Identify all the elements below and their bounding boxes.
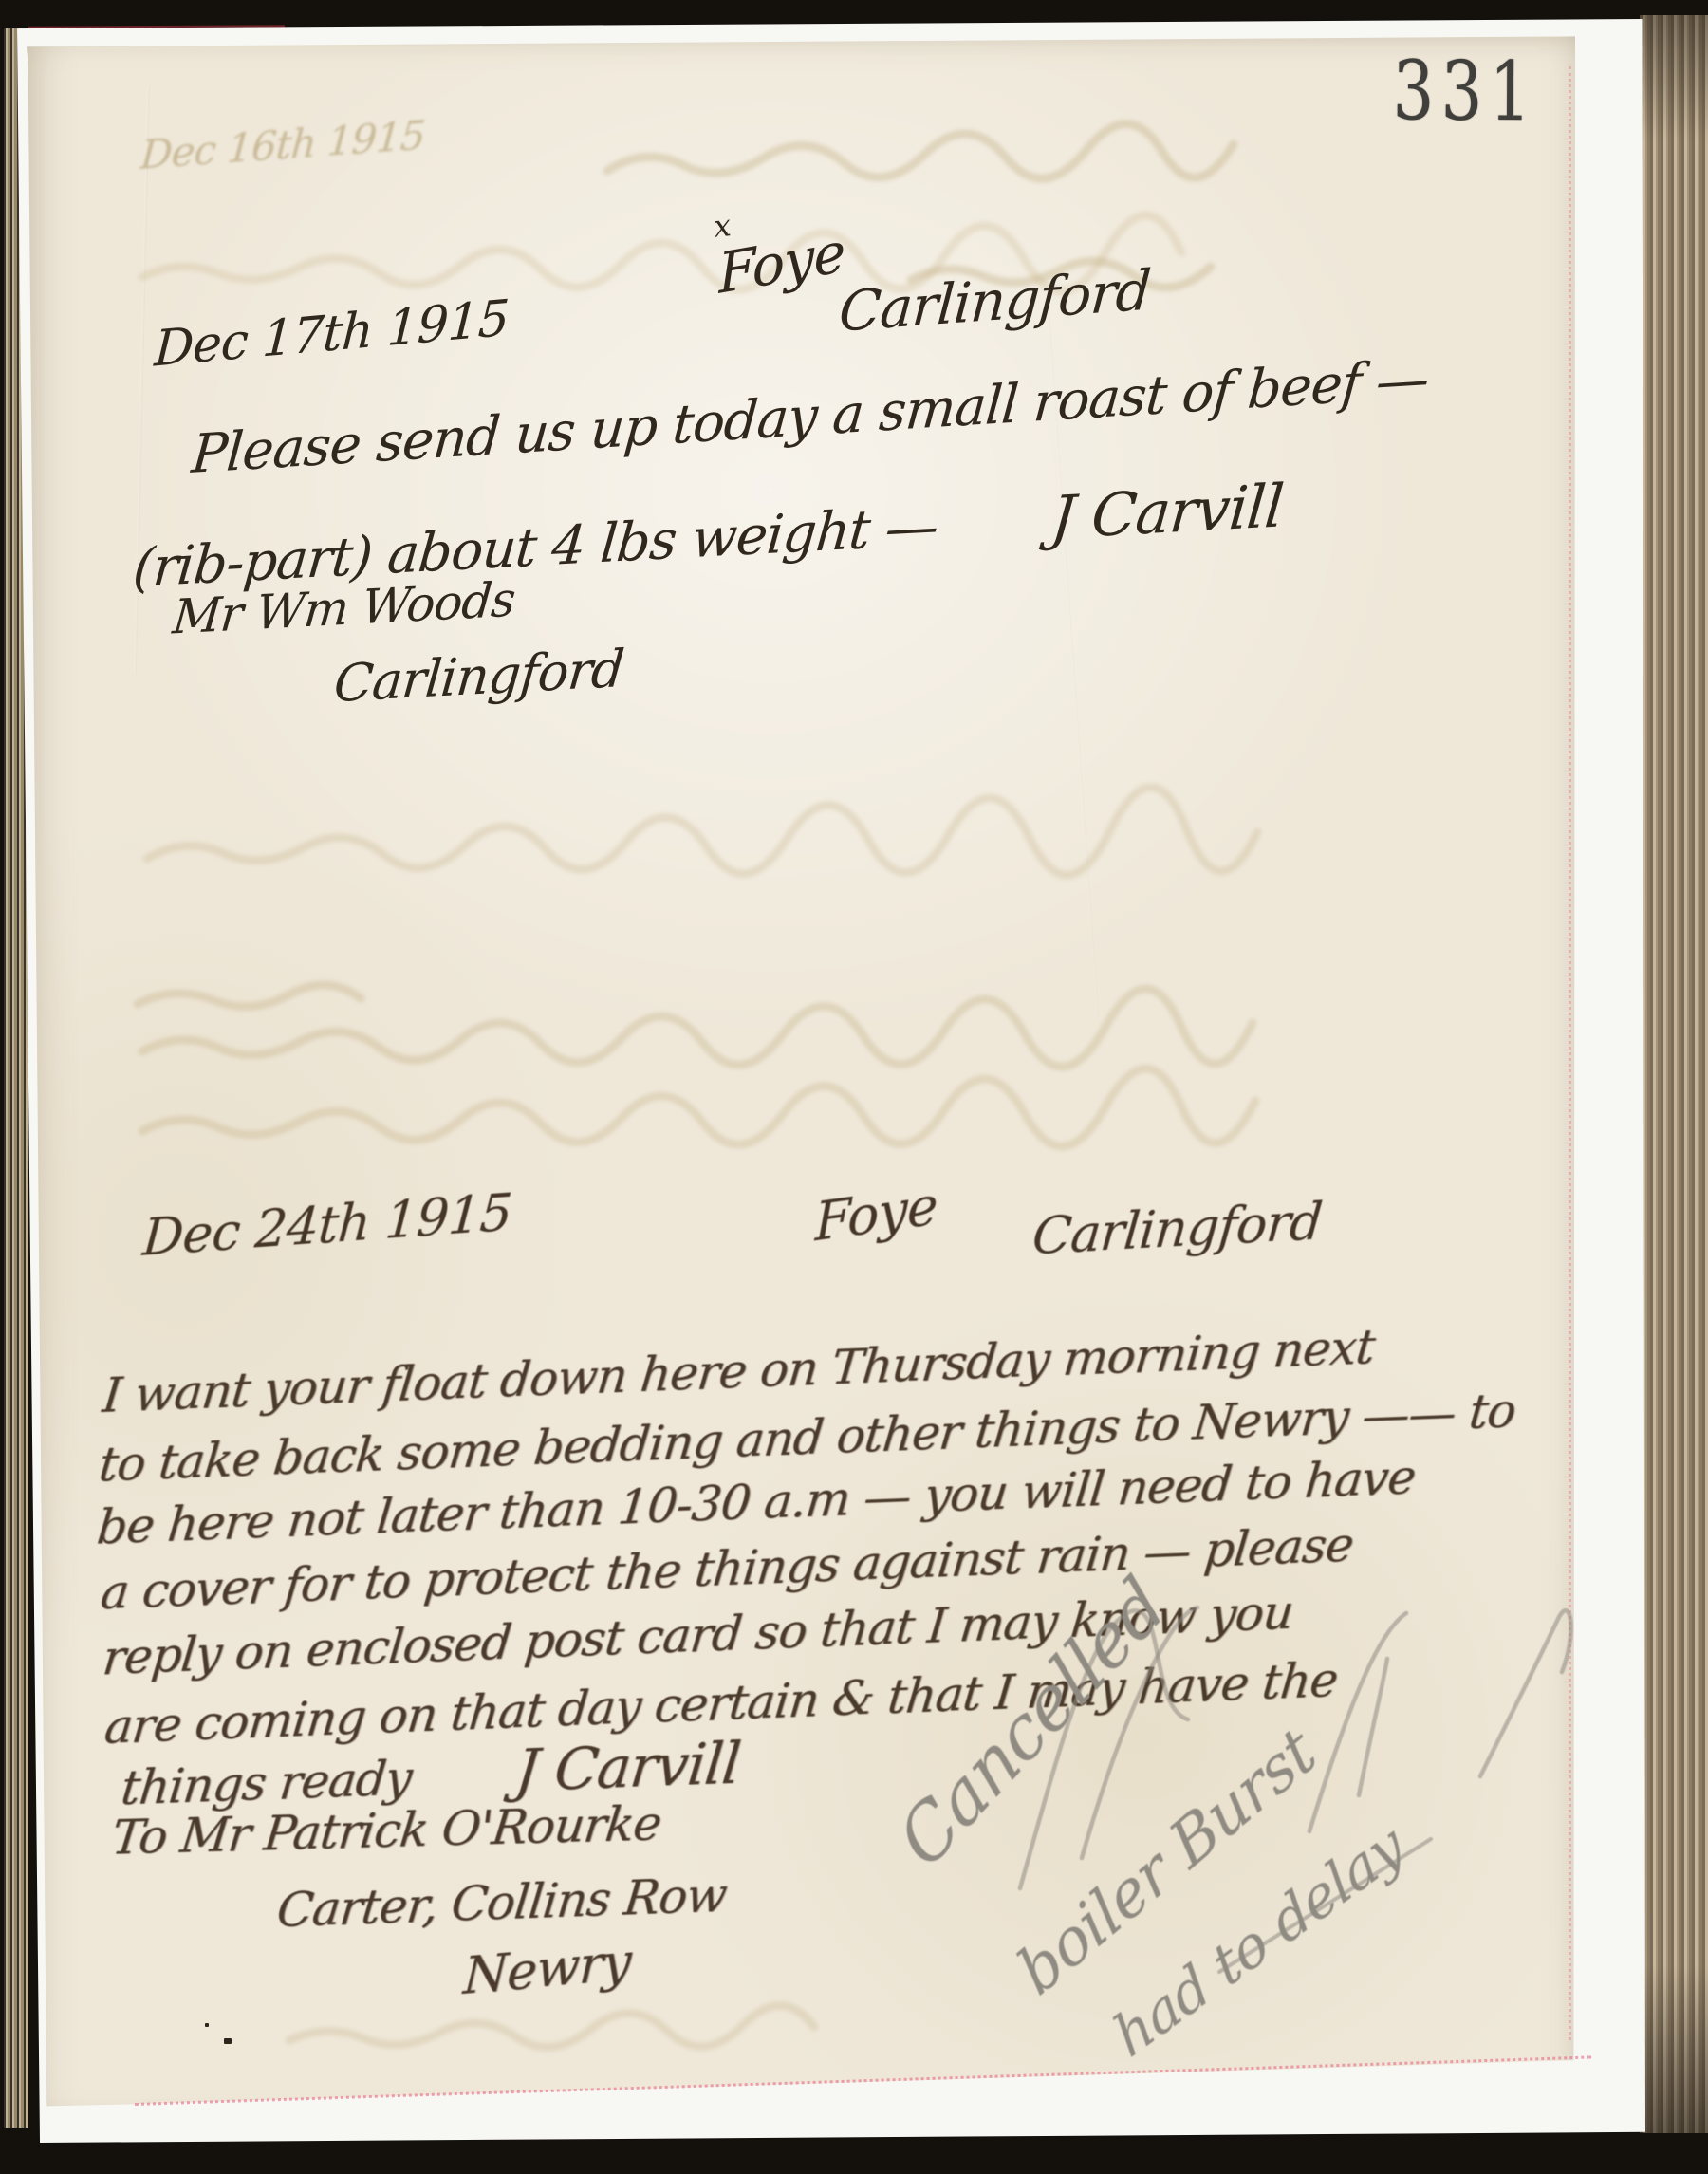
letter2-signature: J Carvill (512, 1736, 742, 1800)
letter2-addressee-line3: Newry (462, 1936, 632, 2002)
stray-ink-mark: x (712, 210, 731, 242)
letter2-addressee-line1: To Mr Patrick O'Rourke (109, 1799, 663, 1861)
page-edges-right (1640, 15, 1708, 2133)
letter2-heading-town: Carlingford (1030, 1196, 1324, 1262)
ink-speck (224, 2038, 232, 2044)
letter1-signature: J Carvill (1049, 476, 1285, 548)
page-number-stamp: 331 (1392, 44, 1537, 139)
deckle-speckle-right (1569, 66, 1571, 2040)
letter1-addressee-place: Carlingford (332, 643, 625, 710)
ledger-book-photo: Dec 16th 1915 331 x Foye Carlingford Dec… (0, 0, 1708, 2174)
ink-speck (205, 2023, 209, 2027)
